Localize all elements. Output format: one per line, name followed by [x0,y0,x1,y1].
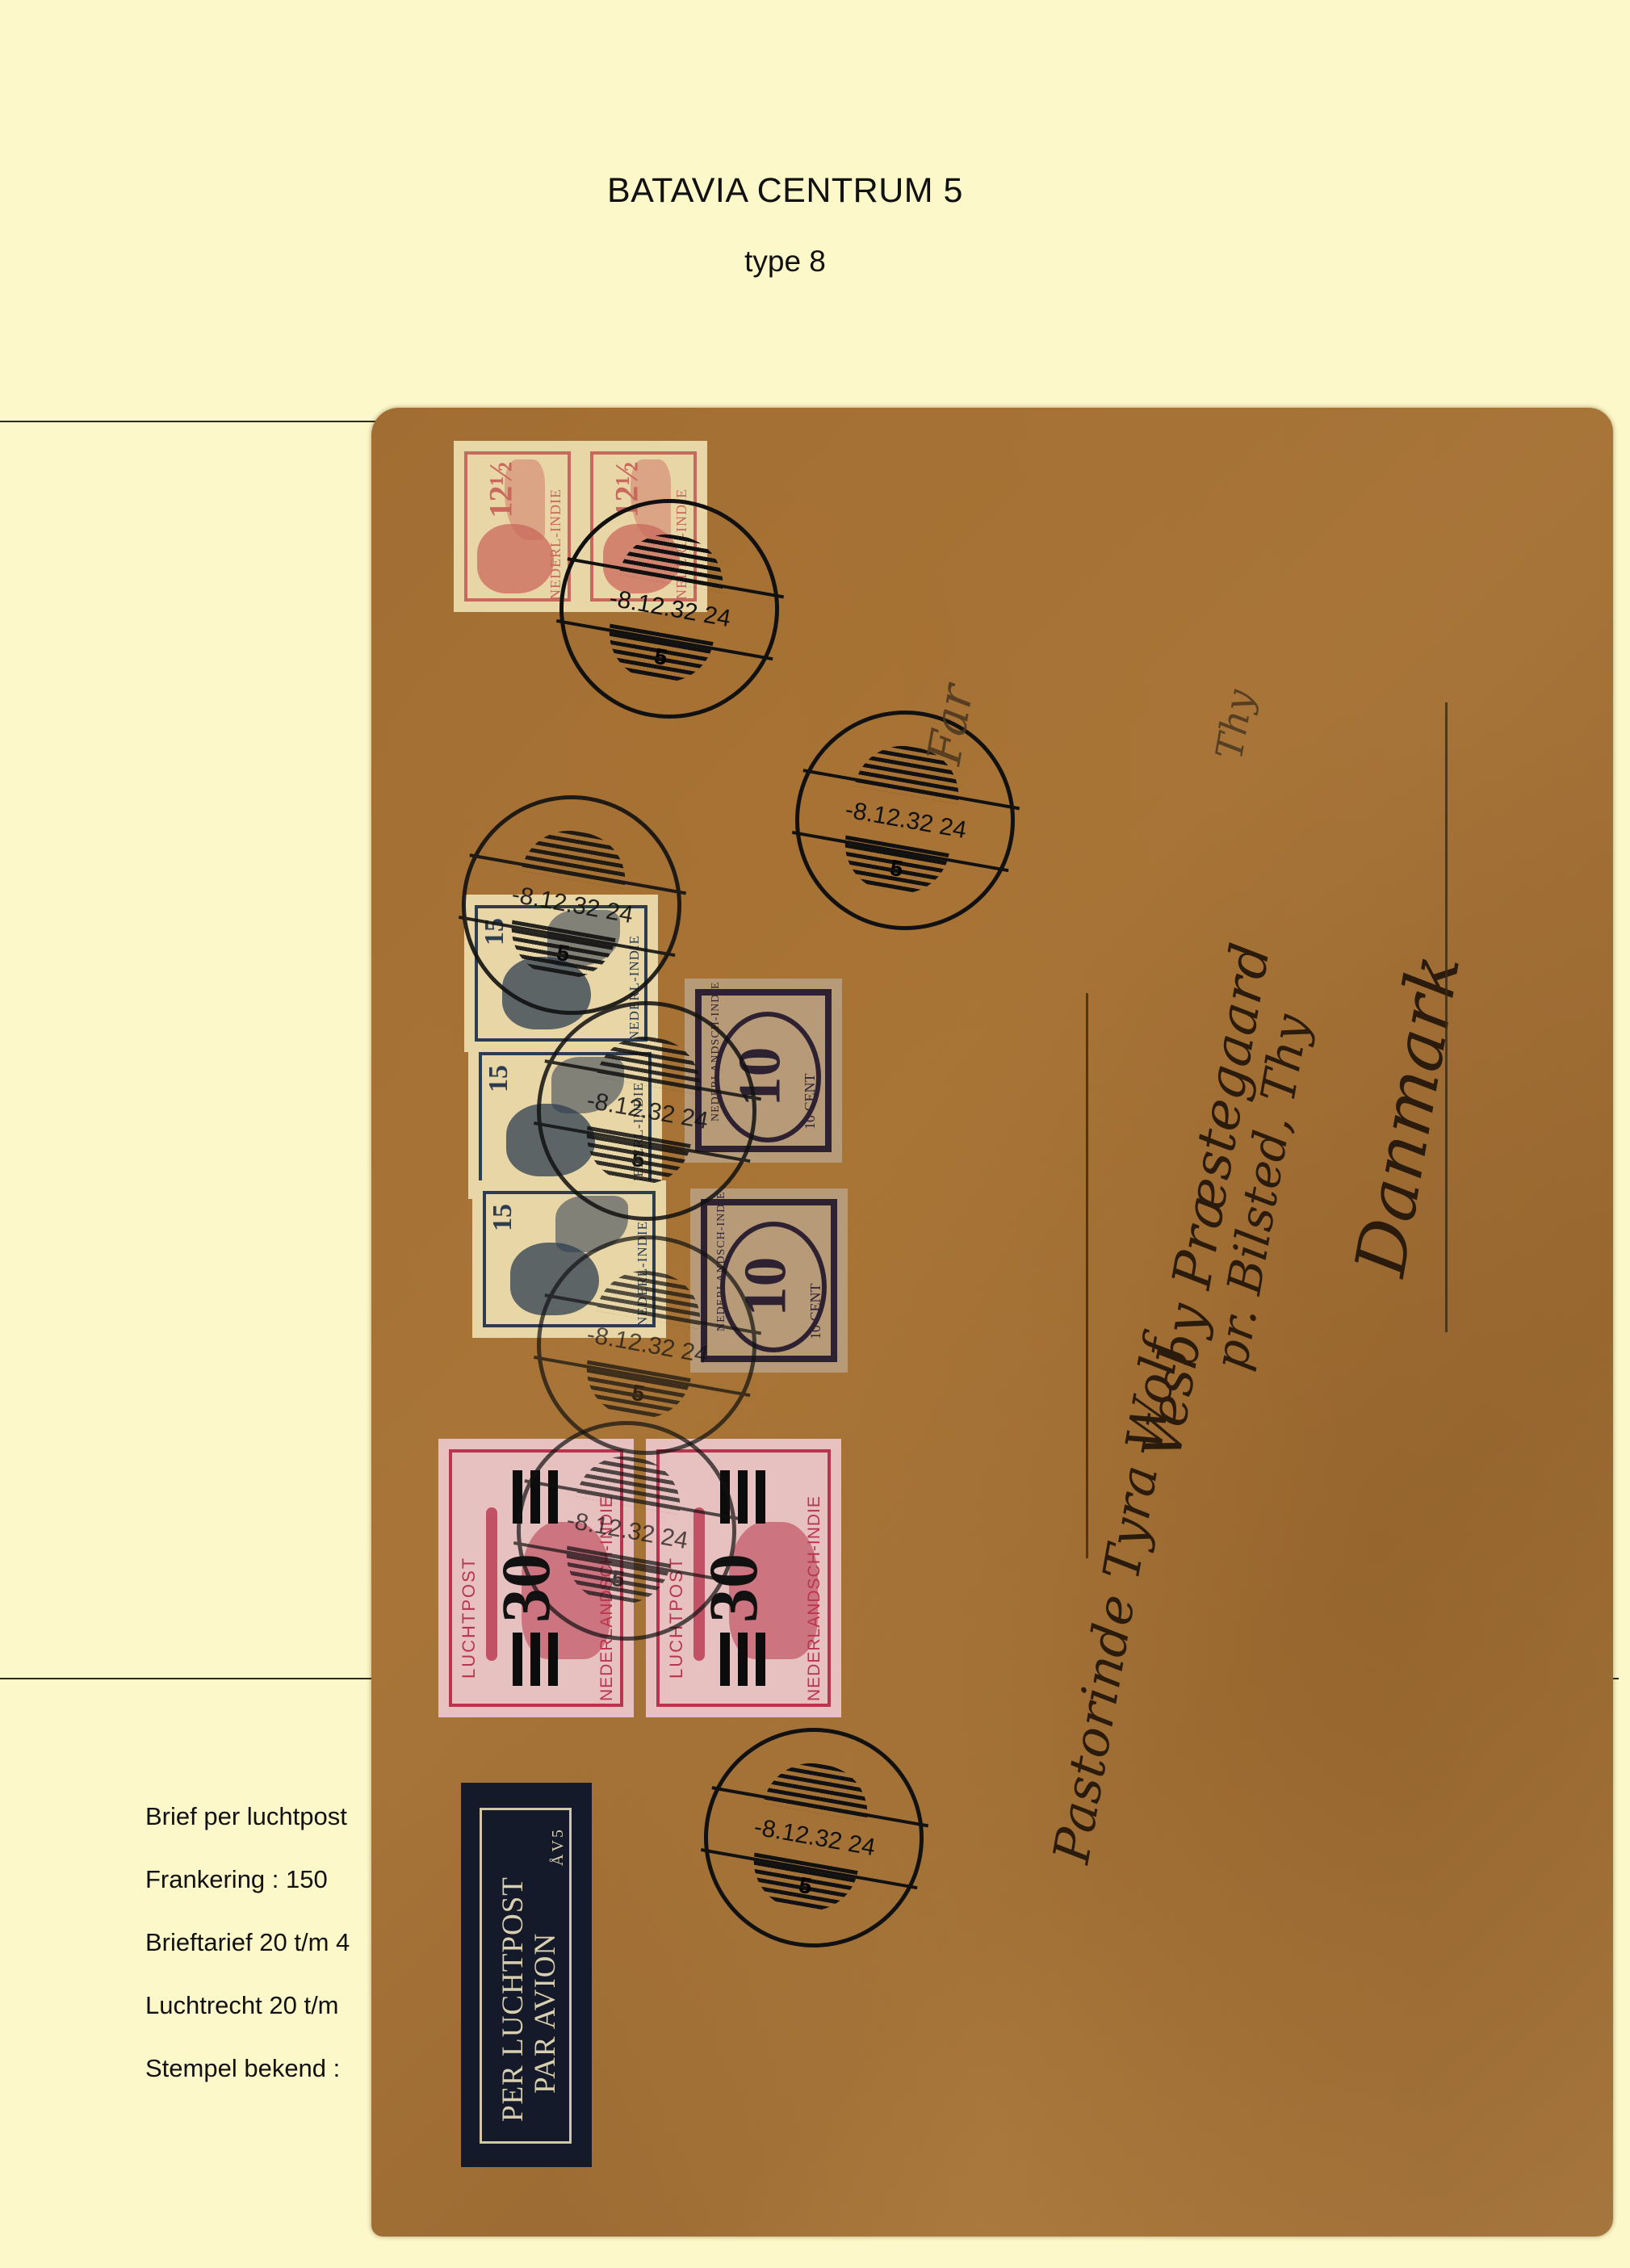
stamp-denomination: 10 CENT [807,1226,824,1339]
postmark-date: -8.12.32 24 [752,1813,877,1862]
stamp-value: 15 [488,1204,518,1231]
postmark-date: -8.12.32 24 [607,585,732,633]
info-line: Brief per luchtpost [145,1802,350,1865]
stamp-value: 12½ [482,462,520,518]
postmark-date: -8.12.32 24 [843,796,968,845]
postmark-date: -8.12.32 24 [564,1507,689,1555]
page-title: BATAVIA CENTRUM 5 [0,171,1570,211]
info-line: Stempel bekend : [145,2054,350,2117]
airmail-label: PER LUCHTPOST PAR AVION ÅV5 [461,1783,592,2167]
postmark-date: -8.12.32 24 [585,1321,710,1369]
info-line: Luchtrecht 20 t/m [145,1991,350,2054]
address-underline [1086,993,1088,1558]
info-line: Frankering : 150 [145,1865,350,1928]
stamp-label: LUCHTPOST [459,1493,480,1679]
postmark-date: -8.12.32 24 [585,1087,710,1135]
queen-portrait-icon [477,524,554,593]
postmark-date: -8.12.32 24 [509,881,635,929]
stamp-country: NEDERLANDSCH-INDIE [805,1467,824,1701]
airmail-label-code: ÅV5 [549,1827,568,1866]
airmail-label-line1: PER LUCHTPOST [496,1876,530,2122]
stamp-value: 15 [484,1065,514,1092]
stamp-country: NEDERL-INDIE [547,463,564,600]
info-line: Brieftarief 20 t/m 4 [145,1928,350,1991]
obliteration-bars [720,1633,770,1686]
airmail-label-line2: PAR AVION [528,1933,563,2094]
address-underline [1445,702,1448,1332]
stamp-denomination: 10 CENT [802,1017,819,1130]
obliteration-bars [513,1633,563,1686]
cover-description: Brief per luchtpost Frankering : 150 Bri… [145,1802,350,2117]
page-subtitle: type 8 [0,245,1570,279]
